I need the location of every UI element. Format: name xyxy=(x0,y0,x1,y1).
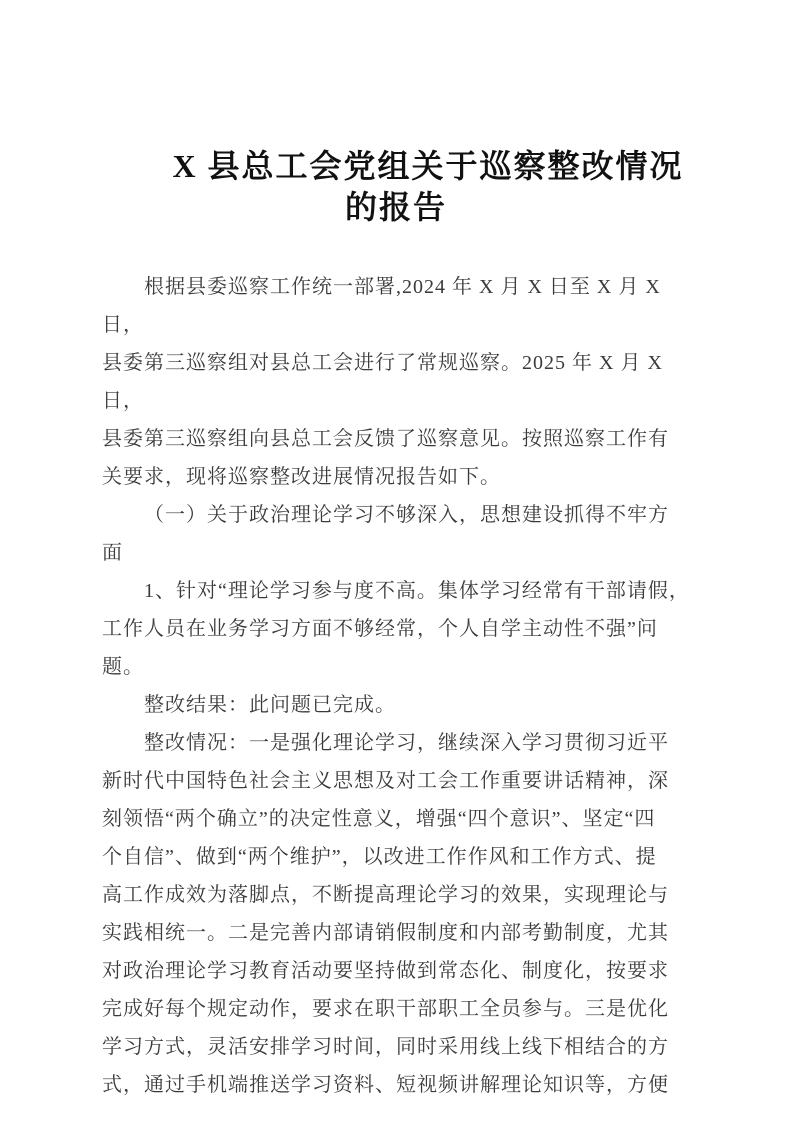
paragraph-section-heading: （一）关于政治理论学习不够深入，思想建设抓得不牢方 面 xyxy=(102,496,690,572)
paragraph-intro: 根据县委巡察工作统一部署,2024 年 X 月 X 日至 X 月 X 日， 县委… xyxy=(102,268,690,496)
paragraph-issue: 1、针对“理论学习参与度不高。集体学习经常有干部请假， 工作人员在业务学习方面不… xyxy=(102,572,690,686)
document-title: X 县总工会党组关于巡察整改情况 的报告 xyxy=(102,146,690,228)
document-body: 根据县委巡察工作统一部署,2024 年 X 月 X 日至 X 月 X 日， 县委… xyxy=(102,268,690,1104)
document-page: X 县总工会党组关于巡察整改情况 的报告 根据县委巡察工作统一部署,2024 年… xyxy=(0,0,793,1122)
paragraph-rectification-detail: 整改情况：一是强化理论学习，继续深入学习贯彻习近平 新时代中国特色社会主义思想及… xyxy=(102,724,690,1104)
paragraph-rectification-result: 整改结果：此问题已完成。 xyxy=(102,686,690,724)
